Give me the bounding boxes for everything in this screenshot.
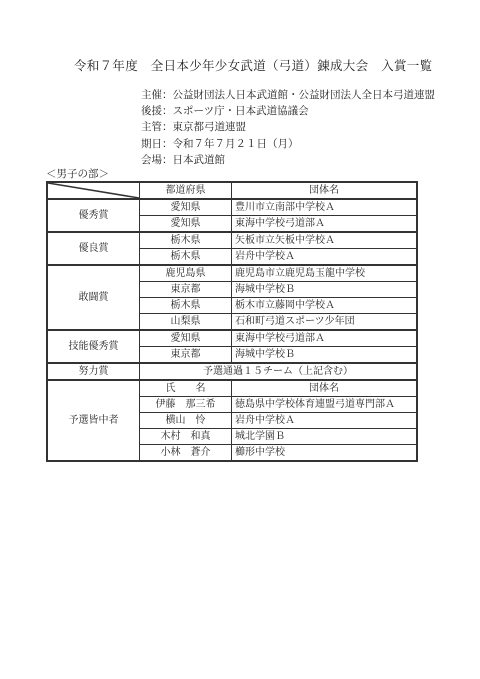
team-cell: 石和町弓道スポーツ少年団: [232, 314, 418, 331]
table-row: 優秀賞 愛知県 豊川市立南部中学校Ａ: [47, 199, 417, 216]
hit-header-row: 予選皆中者 氏 名 団体名: [47, 380, 417, 397]
award-name: 予選皆中者: [47, 380, 140, 461]
team-cell: 鹿児島市立鹿児島玉龍中学校: [232, 265, 418, 282]
award-name: 努力賞: [47, 363, 140, 380]
person-cell: 小林 蒼介: [140, 445, 232, 462]
supporter: 後援：スポーツ庁・日本武道協議会: [141, 103, 435, 119]
event-info: 主催：公益財団法人日本武道館・公益財団法人全日本弓道連盟 後援：スポーツ庁・日本…: [141, 87, 435, 168]
team-cell: 栃木市立藤岡中学校Ａ: [232, 298, 418, 314]
table-row: 敢闘賞 鹿児島県 鹿児島市立鹿児島玉龍中学校: [47, 265, 417, 282]
team-cell: 櫛形中学校: [232, 445, 418, 462]
table-row: 優良賞 栃木県 矢板市立矢板中学校Ａ: [47, 232, 417, 249]
team-cell: 東海中学校弓道部Ａ: [232, 216, 418, 233]
header-row: 都道府県 団体名: [47, 182, 417, 199]
person-cell: 木村 和真: [140, 429, 232, 445]
prefecture-cell: 栃木県: [140, 249, 232, 266]
diagonal-line-icon: [48, 183, 139, 198]
prefecture-cell: 栃木県: [140, 232, 232, 249]
organizer: 主催：公益財団法人日本武道館・公益財団法人全日本弓道連盟: [141, 87, 435, 103]
table-row-effort: 努力賞 予選通過１５チーム（上記含む）: [47, 363, 417, 380]
prefecture-cell: 愛知県: [140, 330, 232, 347]
header-team: 団体名: [232, 182, 418, 199]
team-cell: 海城中学校Ｂ: [232, 282, 418, 298]
diagonal-header-cell: [47, 182, 140, 199]
prefecture-cell: 東京都: [140, 282, 232, 298]
prefecture-cell: 鹿児島県: [140, 265, 232, 282]
team-cell: 城北学園Ｂ: [232, 429, 418, 445]
header-prefecture: 都道府県: [140, 182, 232, 199]
award-name: 優良賞: [47, 232, 140, 265]
prefecture-cell: 愛知県: [140, 199, 232, 216]
person-cell: 横山 怜: [140, 413, 232, 429]
section-heading: ＜男子の部＞: [46, 166, 109, 181]
team-cell: 徳島県中学校体育連盟弓道専門部Ａ: [232, 397, 418, 413]
award-name: 敢闘賞: [47, 265, 140, 330]
award-name: 技能優秀賞: [47, 330, 140, 363]
prefecture-cell: 山梨県: [140, 314, 232, 331]
effort-text: 予選通過１５チーム（上記含む）: [140, 363, 418, 380]
team-cell: 東海中学校弓道部Ａ: [232, 330, 418, 347]
header-team: 団体名: [232, 380, 418, 397]
team-cell: 海城中学校Ｂ: [232, 347, 418, 364]
header-person: 氏 名: [140, 380, 232, 397]
venue: 会場：日本武道館: [141, 152, 435, 168]
team-cell: 岩舟中学校Ａ: [232, 413, 418, 429]
prefecture-cell: 栃木県: [140, 298, 232, 314]
team-cell: 豊川市立南部中学校Ａ: [232, 199, 418, 216]
table-row: 技能優秀賞 愛知県 東海中学校弓道部Ａ: [47, 330, 417, 347]
award-name: 優秀賞: [47, 199, 140, 232]
team-cell: 矢板市立矢板中学校Ａ: [232, 232, 418, 249]
person-cell: 伊藤 那三希: [140, 397, 232, 413]
document-title: 令和７年度 全日本少年少女武道（弓道）錬成大会 入賞一覧: [74, 56, 432, 74]
results-table: 都道府県 団体名 優秀賞 愛知県 豊川市立南部中学校Ａ 愛知県 東海中学校弓道部…: [46, 181, 418, 462]
prefecture-cell: 東京都: [140, 347, 232, 364]
prefecture-cell: 愛知県: [140, 216, 232, 233]
manager: 主管：東京都弓道連盟: [141, 119, 435, 135]
team-cell: 岩舟中学校Ａ: [232, 249, 418, 266]
event-date: 期日：令和７年７月２１日（月）: [141, 136, 435, 152]
